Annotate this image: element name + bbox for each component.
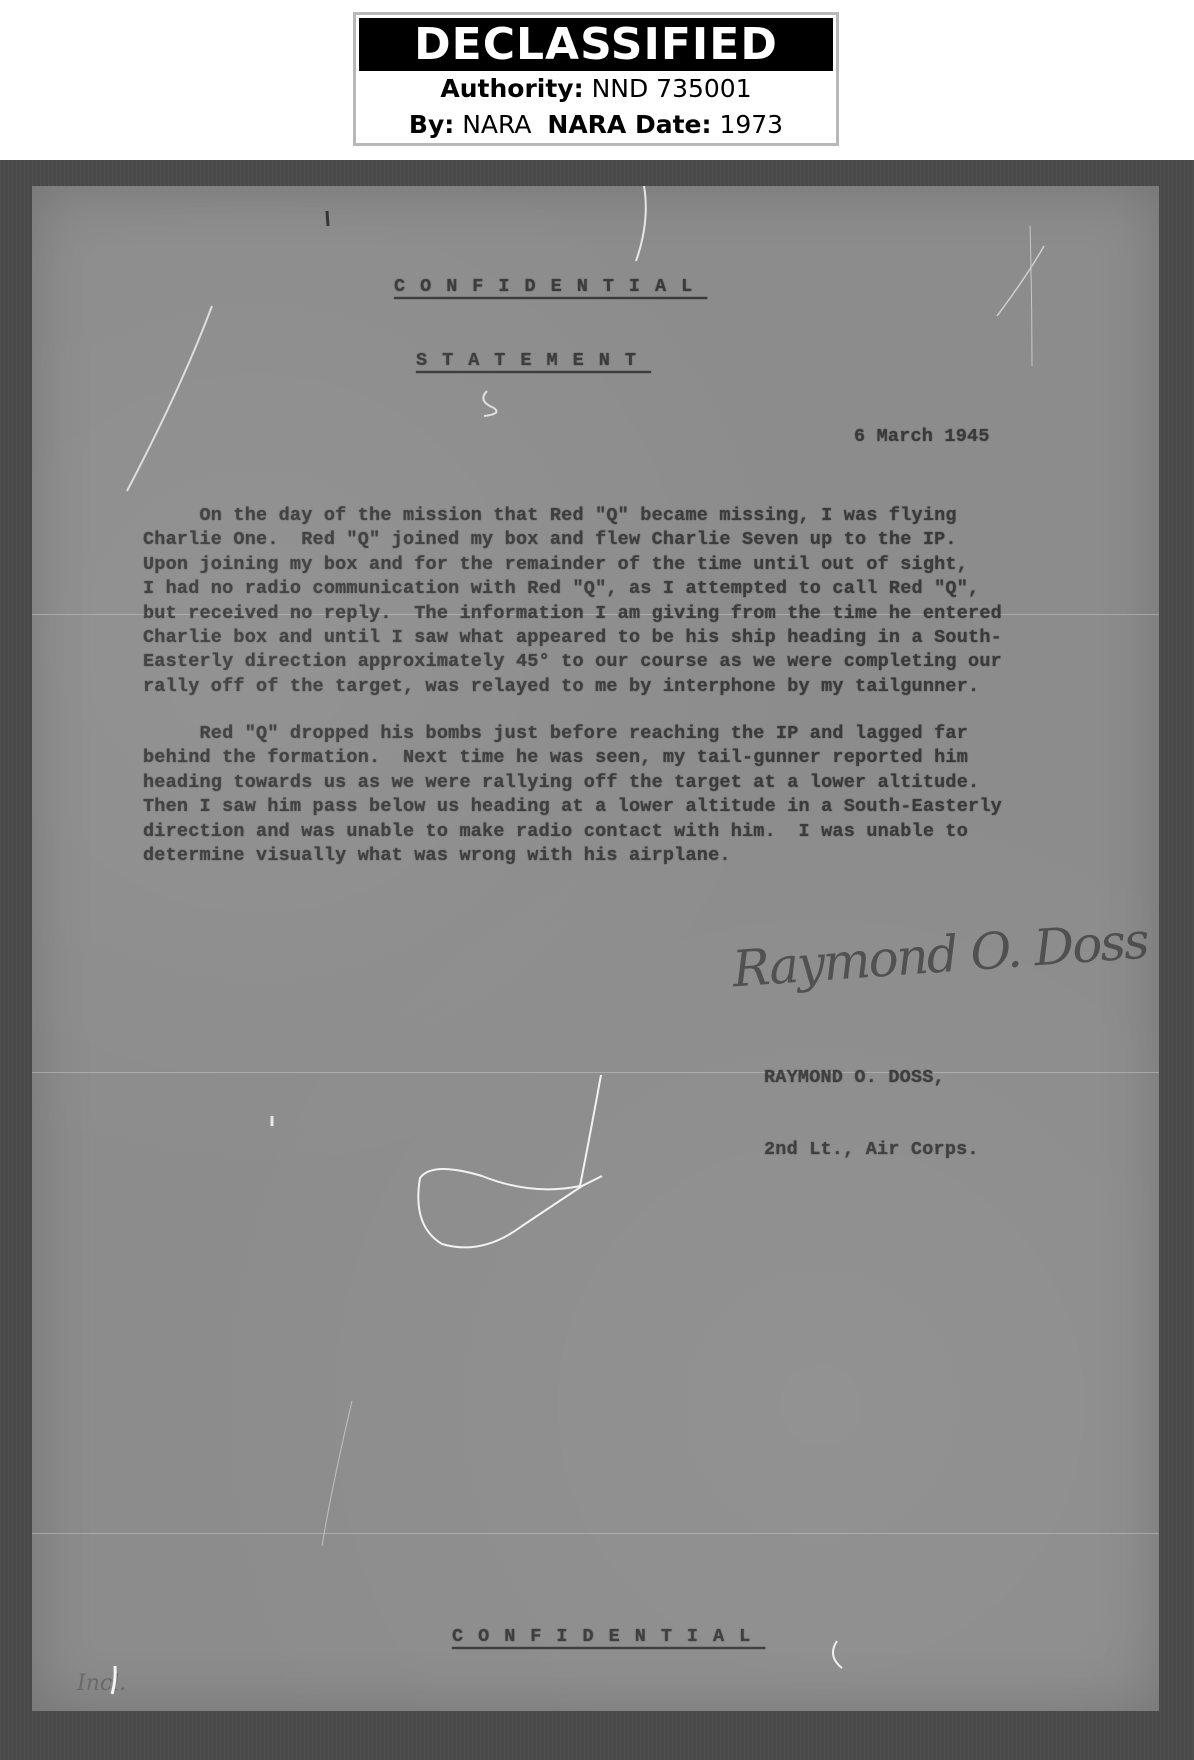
stamp-authority: Authority: NND 735001 [356, 71, 836, 107]
stamp-by-date: By: NARA NARA Date: 1973 [356, 107, 836, 143]
date-value: 1973 [719, 110, 783, 139]
by-label: By: [409, 110, 454, 139]
declassified-stamp: DECLASSIFIED Authority: NND 735001 By: N… [353, 12, 839, 146]
authority-value: NND 735001 [592, 74, 752, 103]
scanned-page: CONFIDENTIAL STATEMENT 6 March 1945 On t… [0, 160, 1194, 1760]
document-paper: CONFIDENTIAL STATEMENT 6 March 1945 On t… [32, 186, 1159, 1711]
stamp-title: DECLASSIFIED [359, 18, 833, 71]
by-value: NARA [462, 110, 531, 139]
authority-label: Authority: [440, 74, 583, 103]
scratch-marks [32, 186, 1159, 1711]
date-label: NARA Date: [547, 110, 711, 139]
